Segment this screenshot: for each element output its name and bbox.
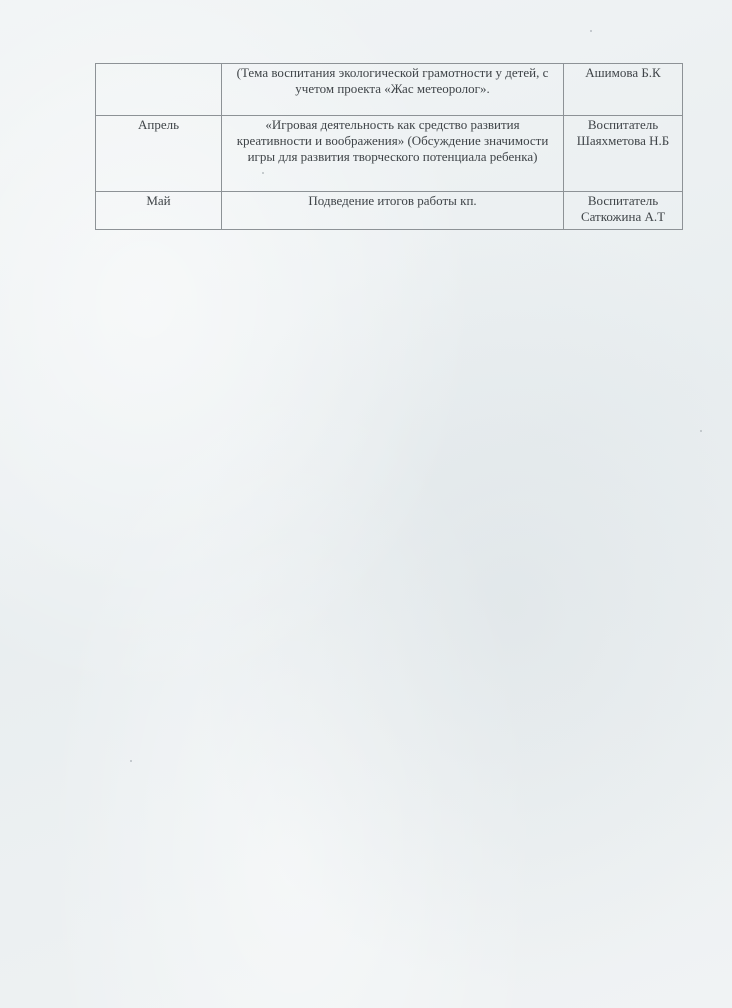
scanned-page: (Тема воспитания экологической грамотнос… xyxy=(0,0,732,1008)
responsible-cell: Воспитатель Шаяхметова Н.Б xyxy=(564,116,683,192)
month-cell xyxy=(96,64,222,116)
table-row: Апрель «Игровая деятельность как средств… xyxy=(96,116,683,192)
plan-table: (Тема воспитания экологической грамотнос… xyxy=(95,63,683,230)
month-cell: Май xyxy=(96,192,222,230)
table-row: Май Подведение итогов работы кп. Воспита… xyxy=(96,192,683,230)
topic-cell: Подведение итогов работы кп. xyxy=(222,192,564,230)
paper-speck xyxy=(262,172,264,174)
month-cell: Апрель xyxy=(96,116,222,192)
paper-speck xyxy=(590,30,592,32)
topic-cell: «Игровая деятельность как средство разви… xyxy=(222,116,564,192)
responsible-cell: Ашимова Б.К xyxy=(564,64,683,116)
paper-speck xyxy=(700,430,702,432)
table-row: (Тема воспитания экологической грамотнос… xyxy=(96,64,683,116)
paper-speck xyxy=(130,760,132,762)
topic-cell: (Тема воспитания экологической грамотнос… xyxy=(222,64,564,116)
responsible-cell: Воспитатель Саткожина А.Т xyxy=(564,192,683,230)
